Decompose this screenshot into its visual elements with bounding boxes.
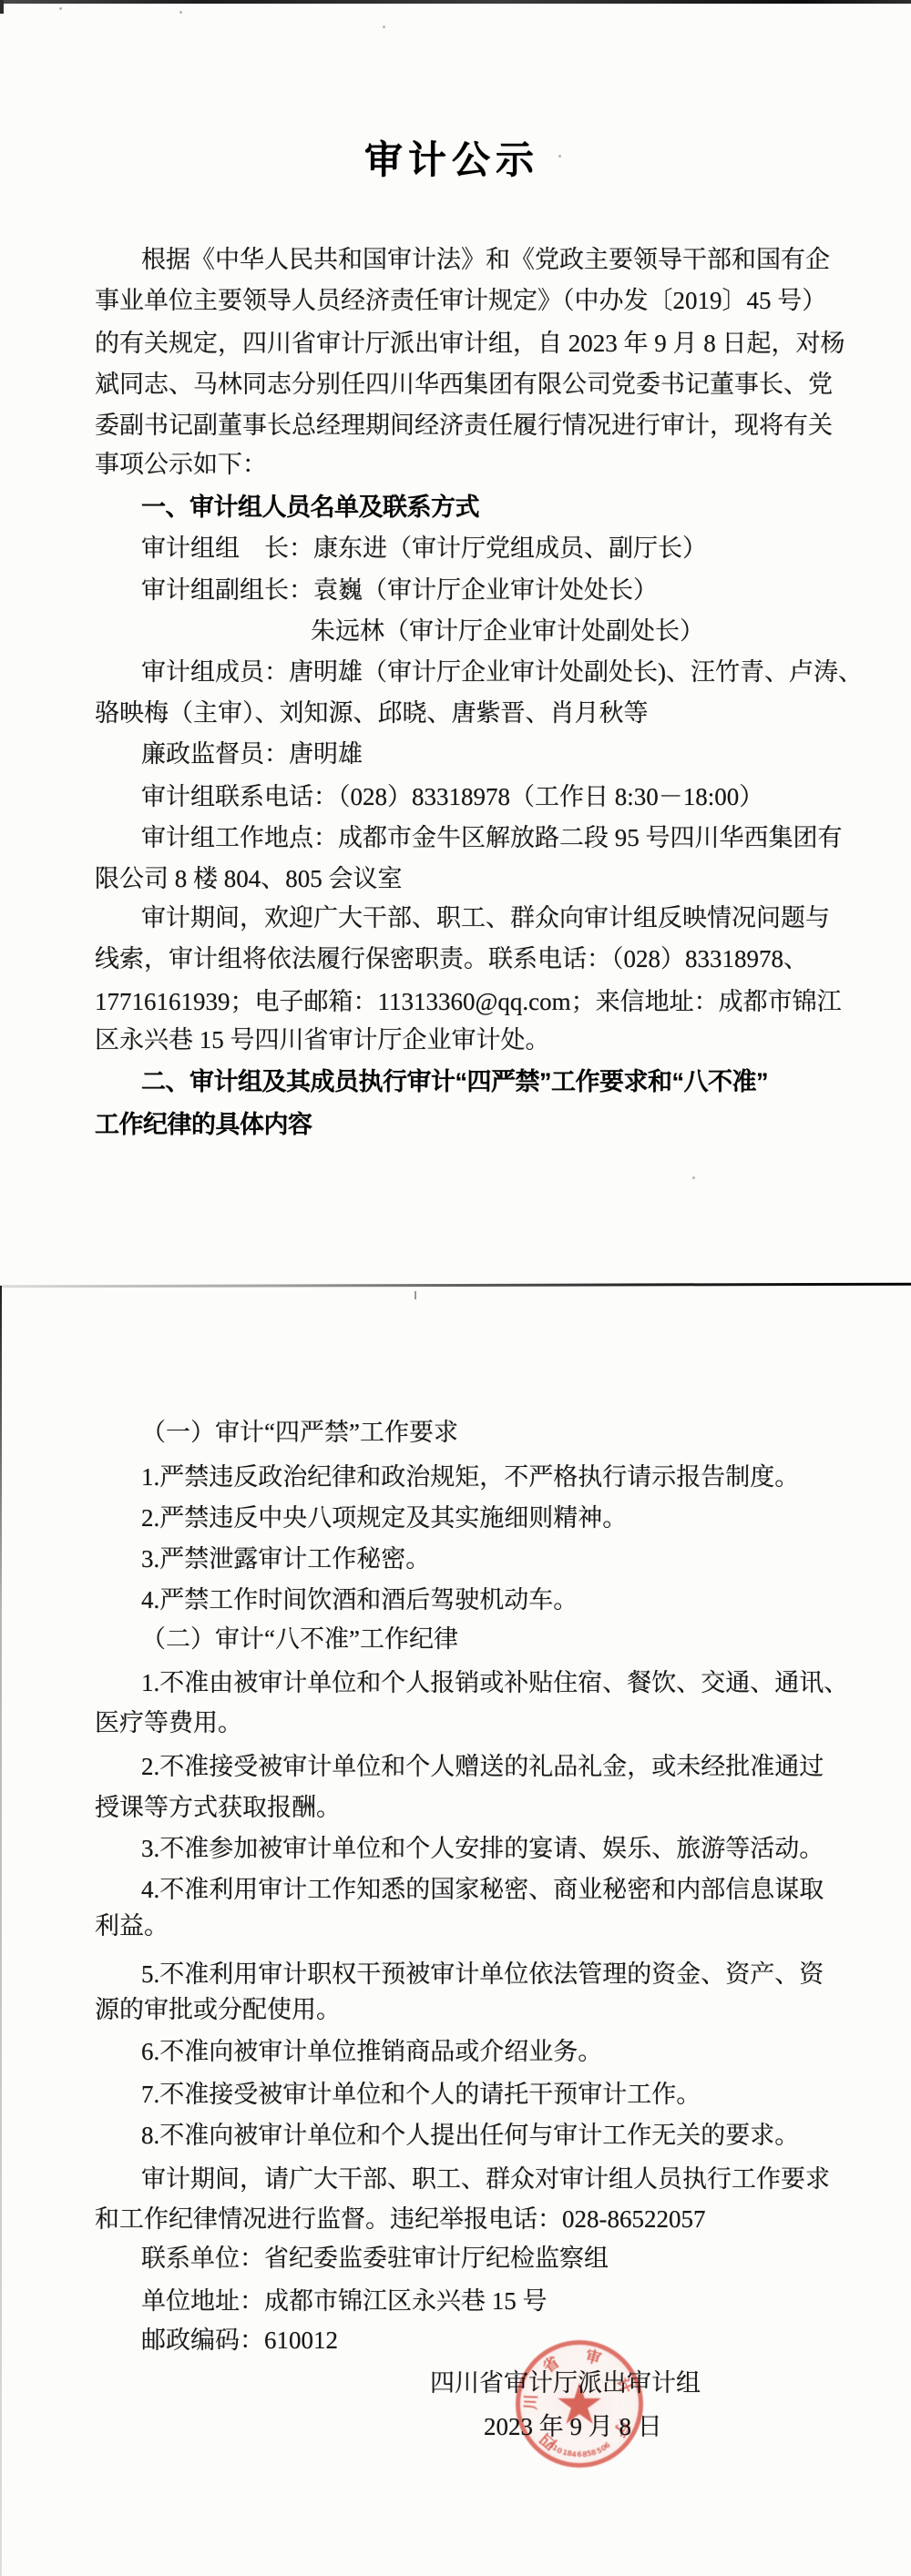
text-line: 的有关规定，四川省审计厅派出审计组，自 2023 年 9 月 8 日起，对杨 [95, 322, 845, 364]
text-line: 审计组组 长：康东进（审计厅党组成员、副厅长） [141, 527, 707, 569]
scan-speck [59, 7, 62, 10]
text-line: 授课等方式获取报酬。 [95, 1787, 341, 1828]
text-line: 区永兴巷 15 号四川省审计厅企业审计处。 [95, 1019, 550, 1061]
scanned-document-page: 审计公示 ★ 四川省审计厅5101846858506 根据《中华人民共和国审计法… [0, 0, 911, 2576]
text-line: 二、审计组及其成员执行审计“四严禁”工作要求和“八不准” [141, 1061, 768, 1103]
text-line: 斌同志、马林同志分别任四川华西集团有限公司党委书记董事长、党 [95, 363, 833, 405]
text-line: 单位地址：成都市锦江区永兴巷 15 号 [141, 2280, 548, 2322]
text-line: 事项公示如下： [95, 443, 267, 485]
text-line: 审计组联系电话：（028）83318978（工作日 8:30－18:00） [141, 776, 763, 818]
text-line: 3.严禁泄露审计工作秘密。 [141, 1538, 430, 1580]
scan-edge-top [0, 0, 911, 4]
seal-arc-char: 川 [523, 2394, 539, 2410]
text-line: 一、审计组人员名单及联系方式 [141, 486, 479, 528]
scan-speck [179, 11, 182, 14]
text-line: 朱远林（审计厅企业审计处副处长） [311, 610, 704, 652]
text-line: 根据《中华人民共和国审计法》和《党政主要领导干部和国有企 [141, 239, 830, 280]
text-line: 和工作纪律情况进行监督。违纪举报电话：028-86522057 [95, 2198, 706, 2240]
text-line: 邮政编码：610012 [141, 2319, 338, 2361]
text-line: 7.不准接受被审计单位和个人的请托干预审计工作。 [141, 2073, 701, 2115]
text-line: 工作纪律的具体内容 [95, 1104, 312, 1145]
text-line: 线索，审计组将依法履行保密职责。联系电话：（028）83318978、 [95, 938, 808, 980]
text-line: 审计组成员：唐明雄（审计厅企业审计处副处长)、汪竹青、卢涛、 [141, 651, 863, 693]
text-line: 6.不准向被审计单位推销商品或介绍业务。 [141, 2031, 602, 2072]
text-line: 3.不准参加被审计单位和个人安排的宴请、娱乐、旅游等活动。 [141, 1828, 824, 1869]
scan-speck [383, 25, 385, 28]
text-line: 1.严禁违反政治纪律和政治规矩，不严格执行请示报告制度。 [141, 1456, 799, 1498]
text-line: 4.严禁工作时间饮酒和酒后驾驶机动车。 [141, 1579, 578, 1621]
text-line: （一）审计“四严禁”工作要求 [141, 1411, 458, 1453]
text-line: 审计期间，请广大干部、职工、群众对审计组人员执行工作要求 [141, 2158, 830, 2200]
scan-corner-mark [0, 0, 4, 14]
text-line: 利益。 [95, 1905, 169, 1947]
text-line: 源的审批或分配使用。 [95, 1989, 341, 2031]
text-line: 委副书记副董事长总经理期间经济责任履行情况进行审计，现将有关 [95, 404, 833, 446]
text-line: 审计期间，欢迎广大干部、职工、群众向审计组反映情况问题与 [141, 897, 830, 939]
text-line: 审计组副组长：袁巍（审计厅企业审计处处长） [141, 569, 658, 611]
text-line: （二）审计“八不准”工作纪律 [141, 1618, 458, 1660]
text-line: 骆映梅（主审）、刘知源、邱晓、唐紫晋、肖月秋等 [95, 692, 649, 734]
text-line: 4.不准利用审计工作知悉的国家秘密、商业秘密和内部信息谋取 [141, 1868, 824, 1910]
star-icon: ★ [554, 2376, 605, 2432]
text-line: 廉政监督员：唐明雄 [141, 733, 363, 775]
text-line: 医疗等费用。 [95, 1702, 242, 1744]
scan-speck [692, 1176, 695, 1179]
official-seal: ★ 四川省审计厅5101846858506 [516, 2340, 643, 2468]
text-line: 8.不准向被审计单位和个人提出任何与审计工作无关的要求。 [141, 2114, 799, 2156]
document-title: 审计公示 [0, 130, 904, 185]
text-line: 联系单位：省纪委监委驻审计厅纪检监察组 [141, 2237, 609, 2279]
text-line: 2.不准接受被审计单位和个人赠送的礼品礼金，或未经批准通过 [141, 1746, 824, 1787]
text-line: 2.严禁违反中央八项规定及其实施细则精神。 [141, 1497, 627, 1539]
text-line: 17716161939；电子邮箱：11313360@qq.com；来信地址：成都… [95, 981, 842, 1023]
scan-tick-mark [415, 1291, 416, 1299]
page-break-line [0, 1283, 911, 1288]
text-line: 1.不准由被审计单位和个人报销或补贴住宿、餐饮、交通、通讯、 [141, 1662, 848, 1704]
text-line: 限公司 8 楼 804、805 会议室 [95, 858, 403, 900]
scan-edge-left [0, 1286, 2, 2576]
text-line: 事业单位主要领导人员经济责任审计规定》（中办发〔2019〕45 号） [95, 280, 826, 321]
text-line: 审计组工作地点：成都市金牛区解放路二段 95 号四川华西集团有 [141, 817, 843, 859]
